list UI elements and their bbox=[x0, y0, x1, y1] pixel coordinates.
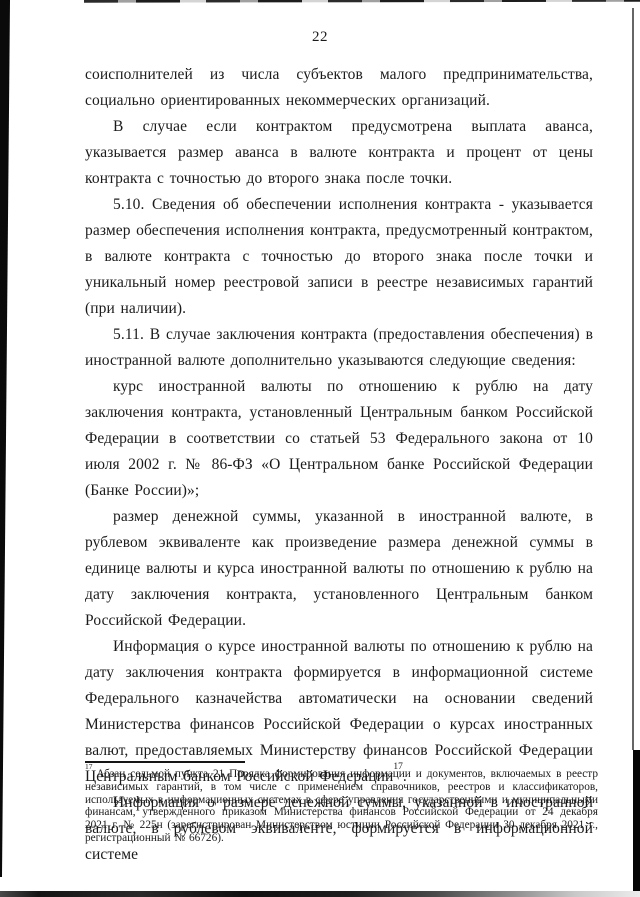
paragraph: 5.10. Сведения об обеспечении исполнения… bbox=[85, 192, 593, 322]
footnote-marker: 17 bbox=[85, 762, 93, 771]
page-number: 22 bbox=[0, 29, 640, 46]
paragraph: курс иностранной валюты по отношению к р… bbox=[85, 374, 593, 504]
footnote-separator bbox=[85, 761, 245, 763]
document-body: соисполнителей из числа субъектов малого… bbox=[85, 62, 593, 868]
footnote: 17Абзац седьмой пункта 21 Порядка формир… bbox=[85, 768, 598, 845]
paragraph: 5.11. В случае заключения контракта (пре… bbox=[85, 322, 593, 374]
paragraph: Информация о курсе иностранной валюты по… bbox=[85, 634, 593, 790]
document-page: 22 соисполнителей из числа субъектов мал… bbox=[0, 0, 640, 897]
scan-artifact-right-bottom-bar bbox=[633, 750, 640, 897]
paragraph: В случае если контрактом предусмотрена в… bbox=[85, 114, 593, 192]
paragraph: соисполнителей из числа субъектов малого… bbox=[85, 62, 593, 114]
scan-artifact-right-line bbox=[632, 8, 634, 750]
footnote-text: Абзац седьмой пункта 21 Порядка формиров… bbox=[85, 768, 598, 844]
paragraph: размер денежной суммы, указанной в иност… bbox=[85, 504, 593, 634]
scan-artifact-left-bar bbox=[0, 0, 10, 877]
scan-artifact-top-line bbox=[84, 0, 640, 3]
scan-artifact-bottom-strip bbox=[0, 891, 640, 897]
